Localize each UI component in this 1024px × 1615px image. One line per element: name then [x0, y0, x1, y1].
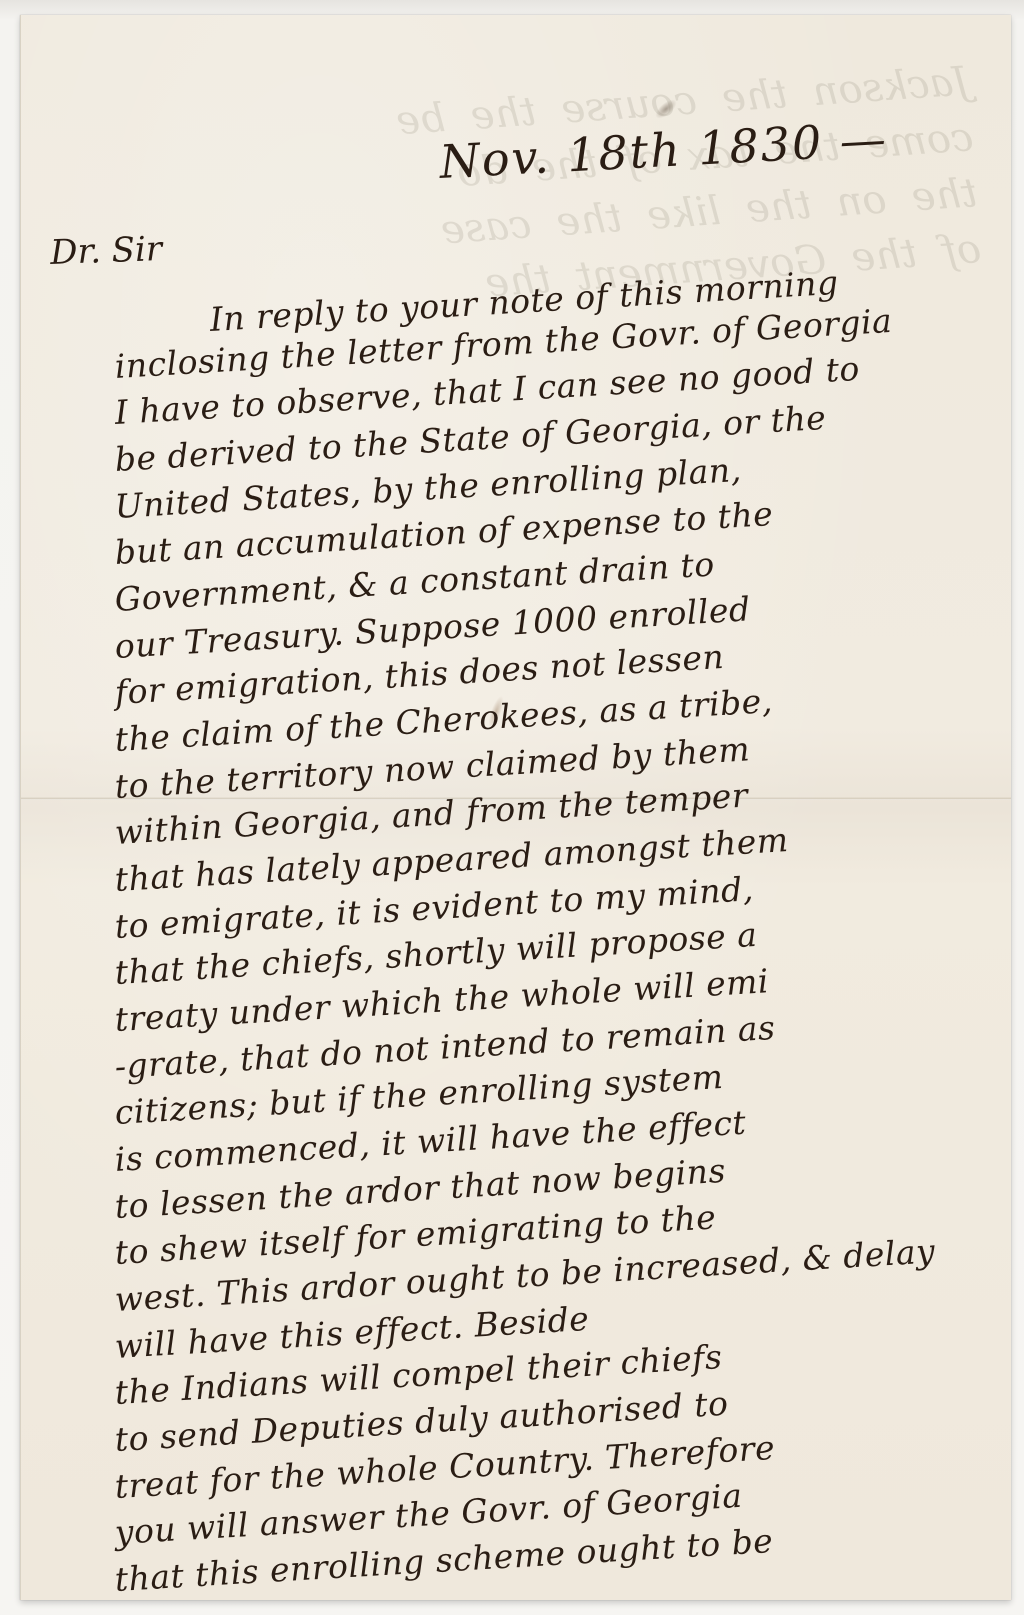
letter-page: Jackson the course the be come the tax o…: [20, 15, 1011, 1600]
letter-body: In reply to your note of this morninginc…: [21, 15, 1011, 1600]
